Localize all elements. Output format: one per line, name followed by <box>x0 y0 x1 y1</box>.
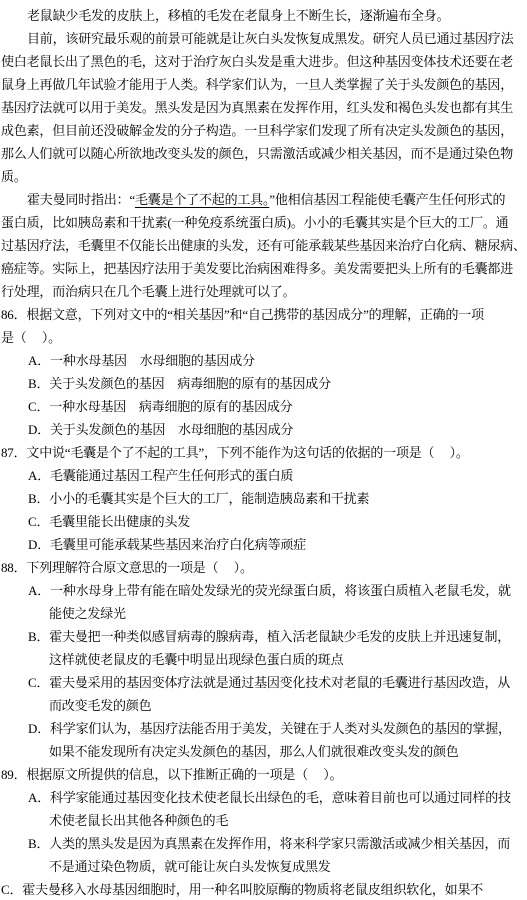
para1-line1: 老鼠缺少毛发的皮肤上，移植的毛发在老鼠身上不断生长，逐渐遍布全身。 <box>1 4 527 27</box>
para2-line5: 成色素，但目前还没破解金发的分子构造。一旦科学家们发现了所有决定头发颜色的基因， <box>1 119 527 142</box>
q87-option-c: C．毛囊里能长出健康的头发 <box>1 510 527 533</box>
para2-line7: 质。 <box>1 165 527 188</box>
q88-option-a-line1: A．一种水母身上带有能在暗处发绿光的荧光绿蛋白质，将该蛋白质植入老鼠毛发，就 <box>1 579 527 602</box>
question-88: 88．下列理解符合原文意思的一项是（ ）。 A．一种水母身上带有能在暗处发绿光的… <box>1 556 527 763</box>
q89-option-b-line1: B．人类的黑头发是因为真黑素在发挥作用，将来科学家只需激活或减少相关基因，而 <box>1 832 527 855</box>
para2-line1: 目前，该研究最乐观的前景可能就是让灰白头发恢复成黑发。研究人员已通过基因疗法 <box>1 27 527 50</box>
q86-stem-line1: 86．根据文意，下列对文中的“相关基因”和“自己携带的基因成分”的理解，正确的一… <box>1 303 527 326</box>
para3-line1: 霍夫曼同时指出：“毛囊是个了不起的工具。”他相信基因工程能使毛囊产生任何形式的 <box>1 188 527 211</box>
q89-option-b-line2: 不是通过染色物质，就可能让灰白头发恢复成黑发 <box>1 855 527 878</box>
question-86: 86．根据文意，下列对文中的“相关基因”和“自己携带的基因成分”的理解，正确的一… <box>1 303 527 441</box>
q89-stem: 89．根据原文所提供的信息，以下推断正确的一项是（ ）。 <box>1 763 527 786</box>
q89-option-a-line2: 术使老鼠长出其他各种颜色的毛 <box>1 809 527 832</box>
q87-option-a: A．毛囊能通过基因工程产生任何形式的蛋白质 <box>1 464 527 487</box>
q88-option-c-line2: 而改变毛发的颜色 <box>1 694 527 717</box>
underlined-quote: 毛囊是个了不起的工具。 <box>135 192 269 207</box>
q88-stem: 88．下列理解符合原文意思的一项是（ ）。 <box>1 556 527 579</box>
para2-line6: 那么人们就可以随心所欲地改变头发的颜色，只需激活或减少相关基因，而不是通过染色物 <box>1 142 527 165</box>
q88-option-b-line2: 这样就使老鼠皮的毛囊中明显出现绿色蛋白质的斑点 <box>1 648 527 671</box>
q86-option-a: A．一种水母基因 水母细胞的基因成分 <box>1 349 527 372</box>
q87-option-d: D．毛囊里可能承载某些基因来治疗白化病等顽症 <box>1 533 527 556</box>
q86-stem-line2: 是（ ）。 <box>1 326 527 349</box>
q88-option-a-line2: 能使之发绿光 <box>1 602 527 625</box>
para2-line4: 基因疗法就可以用于美发。黑头发是因为真黑素在发挥作用，红头发和褐色头发也都有其生 <box>1 96 527 119</box>
para3-line3: 过基因疗法，毛囊里不仅能长出健康的头发，还有可能承载某些基因来治疗白化病、糖尿病… <box>1 234 527 257</box>
q89-option-c-line1: C．霍夫曼移入水母基因细胞时，用一种名叫胶原酶的物质将老鼠皮组织软化，如果不 <box>1 878 527 900</box>
quote-trail: ”他相信基因工程能使毛囊产生任何形式的 <box>269 192 505 207</box>
para3-line2: 蛋白质，比如胰岛素和干扰素(一种免疫系统蛋白质)。小小的毛囊其实是个巨大的工厂。… <box>1 211 527 234</box>
q88-option-b-line1: B．霍夫曼把一种类似感冒病毒的腺病毒，植入活老鼠缺少毛发的皮肤上并迅速复制， <box>1 625 527 648</box>
q87-stem: 87．文中说“毛囊是个了不起的工具”，下列不能作为这句话的依据的一项是（ ）。 <box>1 441 527 464</box>
q86-option-d: D．关于头发颜色的基因 水母细胞的基因成分 <box>1 418 527 441</box>
q86-option-b: B．关于头发颜色的基因 病毒细胞的原有的基因成分 <box>1 372 527 395</box>
question-89: 89．根据原文所提供的信息，以下推断正确的一项是（ ）。 A．科学家能通过基因变… <box>1 763 527 900</box>
q88-option-d-line2: 如果不能发现所有决定头发颜色的基因，那么人们就很难改变头发的颜色 <box>1 740 527 763</box>
quote-lead: 霍夫曼同时指出：“ <box>27 192 135 207</box>
para2-line2: 使白老鼠长出了黑色的毛，这对于治疗灰白头发是重大进步。但这种基因变体技术还要在老 <box>1 50 527 73</box>
passage: 老鼠缺少毛发的皮肤上，移植的毛发在老鼠身上不断生长，逐渐遍布全身。 目前，该研究… <box>1 4 527 303</box>
q89-option-a-line1: A．科学家能通过基因变化技术使老鼠长出绿色的毛，意味着目前也可以通过同样的技 <box>1 786 527 809</box>
q88-option-c-line1: C．霍夫曼采用的基因变体疗法就是通过基因变化技术对老鼠的毛囊进行基因改造，从 <box>1 671 527 694</box>
para2-line3: 鼠身上再做几年试验才能用于人类。科学家们认为，一旦人类掌握了关于头发颜色的基因， <box>1 73 527 96</box>
q88-option-d-line1: D．科学家们认为，基因疗法能否用于美发，关键在于人类对头发颜色的基因的掌握， <box>1 717 527 740</box>
q86-option-c: C．一种水母基因 病毒细胞的原有的基因成分 <box>1 395 527 418</box>
q87-option-b: B．小小的毛囊其实是个巨大的工厂，能制造胰岛素和干扰素 <box>1 487 527 510</box>
para3-line4: 癌症等。实际上，把基因疗法用于美发要比治病困难得多。美发需要把头上所有的毛囊都进 <box>1 257 527 280</box>
exam-page: 老鼠缺少毛发的皮肤上，移植的毛发在老鼠身上不断生长，逐渐遍布全身。 目前，该研究… <box>0 0 527 900</box>
question-87: 87．文中说“毛囊是个了不起的工具”，下列不能作为这句话的依据的一项是（ ）。 … <box>1 441 527 556</box>
para3-line5: 行处理，而治病只在几个毛囊上进行处理就可以了。 <box>1 280 527 303</box>
